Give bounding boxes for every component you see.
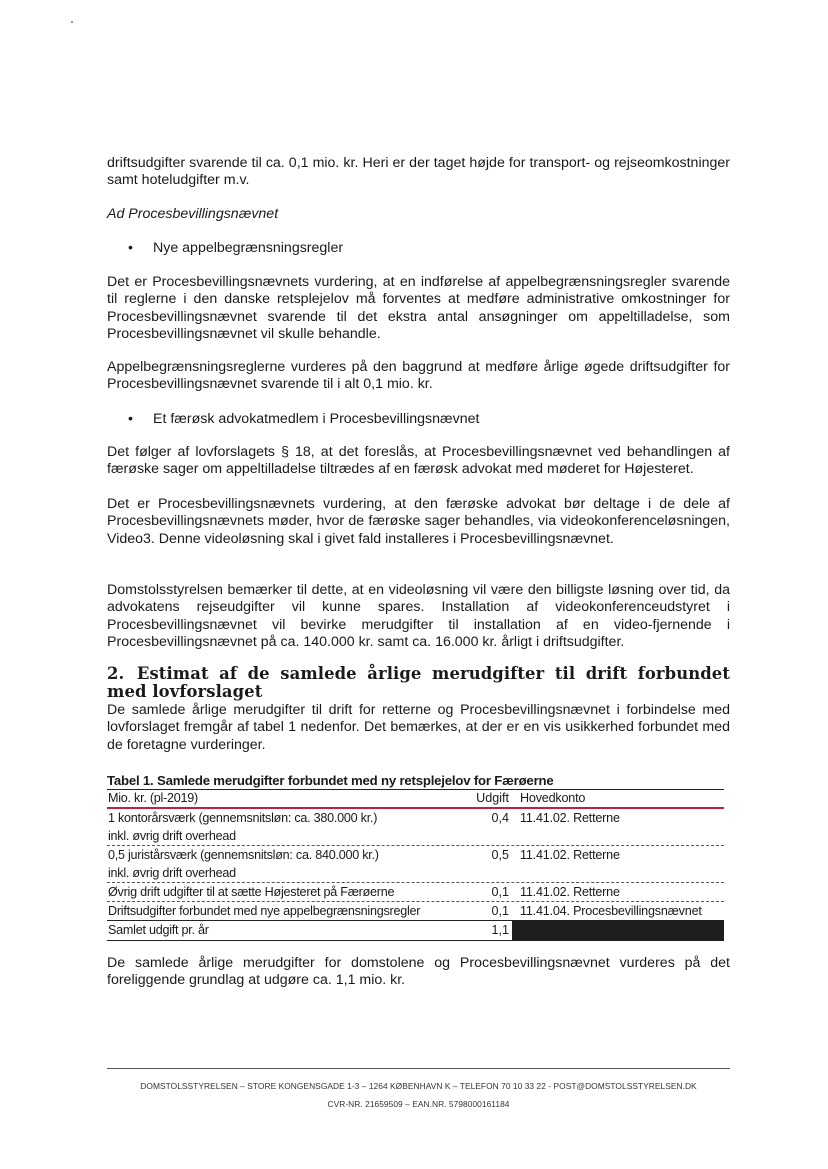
footer-address: DOMSTOLSSTYRELSEN – STORE KONGENSGADE 1-… — [107, 1081, 730, 1091]
expense-table: Tabel 1. Samlede merudgifter forbundet m… — [107, 772, 724, 941]
section-title: Estimat af de samlede årlige merudgifter… — [107, 664, 730, 701]
row-amount: 0,1 — [467, 883, 509, 901]
header-account: Hovedkonto — [520, 790, 585, 807]
paragraph: Appelbegrænsningsreglerne vurderes på de… — [107, 359, 730, 394]
total-amount: 1,1 — [467, 921, 509, 939]
redaction-block — [512, 920, 724, 941]
table-total-row: Samlet udgift pr. år 1,1 — [107, 920, 724, 941]
header-amount: Udgift — [467, 790, 509, 807]
footer-divider — [107, 1068, 730, 1069]
row-account: 11.41.02. Retterne — [520, 809, 620, 827]
row-account: 11.41.02. Retterne — [520, 883, 620, 901]
table-row: Driftsudgifter forbundet med nye appelbe… — [107, 902, 724, 920]
bullet-icon: • — [128, 411, 133, 428]
paragraph: De samlede årlige merudgifter til drift … — [107, 702, 730, 754]
row-amount: 0,4 — [467, 809, 509, 827]
bullet-text: Nye appelbegrænsningsregler — [153, 240, 343, 257]
scan-artifact — [71, 21, 73, 23]
row-label: 1 kontorårsværk (gennemsnitsløn: ca. 380… — [108, 809, 377, 827]
table-row-continuation: inkl. øvrig drift overhead — [107, 864, 724, 883]
header-label: Mio. kr. (pl-2019) — [108, 790, 198, 807]
paragraph: Det følger af lovforslagets § 18, at det… — [107, 444, 730, 479]
table-row: 1 kontorårsværk (gennemsnitsløn: ca. 380… — [107, 809, 724, 827]
row-account: 11.41.04. Procesbevillingsnævnet — [520, 902, 702, 920]
table-row-continuation: inkl. øvrig drift overhead — [107, 827, 724, 846]
paragraph: Det er Procesbevillingsnævnets vurdering… — [107, 274, 730, 344]
total-label: Samlet udgift pr. år — [108, 921, 209, 939]
table-row: 0,5 juristårsværk (gennemsnitsløn: ca. 8… — [107, 846, 724, 864]
section-number: 2. — [107, 664, 124, 683]
table-row: Øvrig drift udgifter til at sætte Højest… — [107, 883, 724, 902]
subheading-procesbevillingsnaevnet: Ad Procesbevillingsnævnet — [107, 206, 730, 223]
table-title: Tabel 1. Samlede merudgifter forbundet m… — [107, 772, 724, 790]
row-label-line2: inkl. øvrig drift overhead — [108, 827, 236, 845]
row-amount: 0,5 — [467, 846, 509, 864]
footer-registration: CVR-NR. 21659509 – EAN.NR. 5798000161184 — [107, 1099, 730, 1109]
row-label: Driftsudgifter forbundet med nye appelbe… — [108, 902, 420, 920]
row-label: 0,5 juristårsværk (gennemsnitsløn: ca. 8… — [108, 846, 379, 864]
paragraph: Domstolsstyrelsen bemærker til dette, at… — [107, 582, 730, 652]
bullet-icon: • — [128, 240, 133, 257]
row-amount: 0,1 — [467, 902, 509, 920]
row-account: 11.41.02. Retterne — [520, 846, 620, 864]
table-header-row: Mio. kr. (pl-2019) Udgift Hovedkonto — [107, 790, 724, 809]
document-page: driftsudgifter svarende til ca. 0,1 mio.… — [0, 0, 828, 1169]
paragraph: Det er Procesbevillingsnævnets vurdering… — [107, 496, 730, 548]
paragraph: De samlede årlige merudgifter for domsto… — [107, 955, 730, 990]
intro-paragraph: driftsudgifter svarende til ca. 0,1 mio.… — [107, 155, 730, 190]
bullet-text: Et færøsk advokatmedlem i Procesbevillin… — [153, 411, 479, 428]
section-heading: 2. Estimat af de samlede årlige merudgif… — [107, 665, 730, 701]
row-label: Øvrig drift udgifter til at sætte Højest… — [108, 883, 394, 901]
row-label-line2: inkl. øvrig drift overhead — [108, 864, 236, 882]
